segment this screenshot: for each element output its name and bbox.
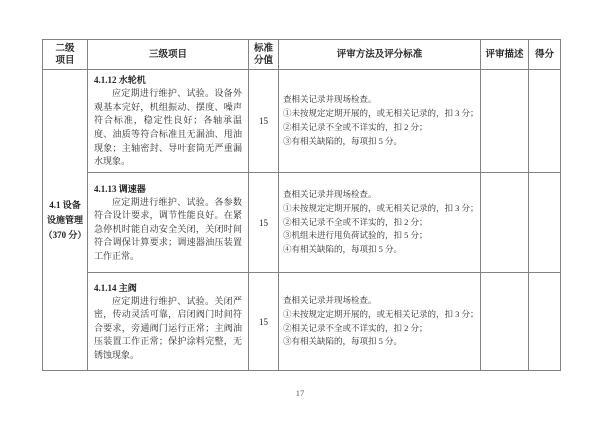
item-description: 应定期进行维护、试验。关闭严密，传动灵活可靠，启闭阀门时间符合要求，旁通阀门运行…	[94, 295, 242, 363]
method-line: ③有相关缺陷的，每项扣 5 分。	[283, 335, 476, 349]
item-title: 4.1.13 调速器	[94, 182, 242, 196]
method-line: ③有相关缺陷的，每项扣 5 分。	[283, 135, 476, 149]
review-description-cell	[481, 70, 529, 173]
secondary-project-line: 设施管理	[43, 213, 87, 228]
score-cell	[529, 173, 561, 273]
header-score: 得分	[529, 40, 561, 70]
method-line: 查相关记录并现场检查。	[283, 188, 476, 202]
standard-score-cell: 15	[249, 70, 279, 173]
review-description-cell	[481, 173, 529, 273]
method-line: ①未按规定定期开展的，或无相关记录的，扣 3 分；	[283, 308, 476, 322]
review-method-cell: 查相关记录并现场检查。 ①未按规定定期开展的，或无相关记录的，扣 3 分； ②相…	[279, 273, 481, 371]
table-row: 4.1.13 调速器 应定期进行维护、试验。各参数符合设计要求，调节性能良好。在…	[43, 173, 561, 273]
method-line: ①未按规定定期开展的，或无相关记录的，扣 3 分；	[283, 202, 476, 216]
method-line: 查相关记录并现场检查。	[283, 93, 476, 107]
item-description: 应定期进行维护、试验。各参数符合设计要求，调节性能良好。在紧急停机时能自动安全关…	[94, 196, 242, 264]
score-cell	[529, 273, 561, 371]
method-line: ②相关记录不全或不详实的，扣 2 分；	[283, 216, 476, 230]
header-review-description: 评审描述	[481, 40, 529, 70]
header-review-method: 评审方法及评分标准	[279, 40, 481, 70]
evaluation-standard-table: 二级 项目 三级项目 标准 分值 评审方法及评分标准 评审描述 得分 4.1 设…	[42, 39, 561, 371]
document-page: 二级 项目 三级项目 标准 分值 评审方法及评分标准 评审描述 得分 4.1 设…	[0, 0, 600, 424]
method-line: 查相关记录并现场检查。	[283, 294, 476, 308]
table-row: 4.1 设备 设施管理 （370 分） 4.1.12 水轮机 应定期进行维护、试…	[43, 70, 561, 173]
review-method-cell: 查相关记录并现场检查。 ①未按规定定期开展的，或无相关记录的，扣 3 分； ②相…	[279, 70, 481, 173]
method-line: ②相关记录不全或不详实的，扣 2 分；	[283, 121, 476, 135]
item-title: 4.1.12 水轮机	[94, 73, 242, 87]
score-cell	[529, 70, 561, 173]
item-description: 应定期进行维护、试验。设备外观基本完好，机组振动、摆度、噪声符合标准，稳定性良好…	[94, 87, 242, 169]
method-line: ②相关记录不全或不详实的，扣 2 分；	[283, 322, 476, 336]
tertiary-project-cell: 4.1.12 水轮机 应定期进行维护、试验。设备外观基本完好，机组振动、摆度、噪…	[88, 70, 249, 173]
tertiary-project-cell: 4.1.14 主阀 应定期进行维护、试验。关闭严密，传动灵活可靠，启闭阀门时间符…	[88, 273, 249, 371]
secondary-project-cell: 4.1 设备 设施管理 （370 分）	[43, 70, 88, 371]
method-line: ③机组未进行甩负荷试验的，扣 5 分；	[283, 229, 476, 243]
header-standard-score: 标准 分值	[249, 40, 279, 70]
header-secondary-project: 二级 项目	[43, 40, 88, 70]
method-line: ④有相关缺陷的，每项扣 5 分。	[283, 243, 476, 257]
header-line: 标准	[249, 43, 278, 55]
secondary-project-line: （370 分）	[43, 228, 87, 243]
table-row: 4.1.14 主阀 应定期进行维护、试验。关闭严密，传动灵活可靠，启闭阀门时间符…	[43, 273, 561, 371]
item-title: 4.1.14 主阀	[94, 281, 242, 295]
method-line: ①未按规定定期开展的，或无相关记录的，扣 3 分；	[283, 107, 476, 121]
review-method-cell: 查相关记录并现场检查。 ①未按规定定期开展的，或无相关记录的，扣 3 分； ②相…	[279, 173, 481, 273]
standard-score-cell: 15	[249, 273, 279, 371]
header-line: 项目	[43, 55, 87, 67]
review-description-cell	[481, 273, 529, 371]
header-tertiary-project: 三级项目	[88, 40, 249, 70]
header-line: 二级	[43, 43, 87, 55]
page-number: 17	[0, 388, 600, 398]
standard-score-cell: 15	[249, 173, 279, 273]
header-line: 分值	[249, 55, 278, 67]
table-header-row: 二级 项目 三级项目 标准 分值 评审方法及评分标准 评审描述 得分	[43, 40, 561, 70]
tertiary-project-cell: 4.1.13 调速器 应定期进行维护、试验。各参数符合设计要求，调节性能良好。在…	[88, 173, 249, 273]
secondary-project-line: 4.1 设备	[43, 198, 87, 213]
